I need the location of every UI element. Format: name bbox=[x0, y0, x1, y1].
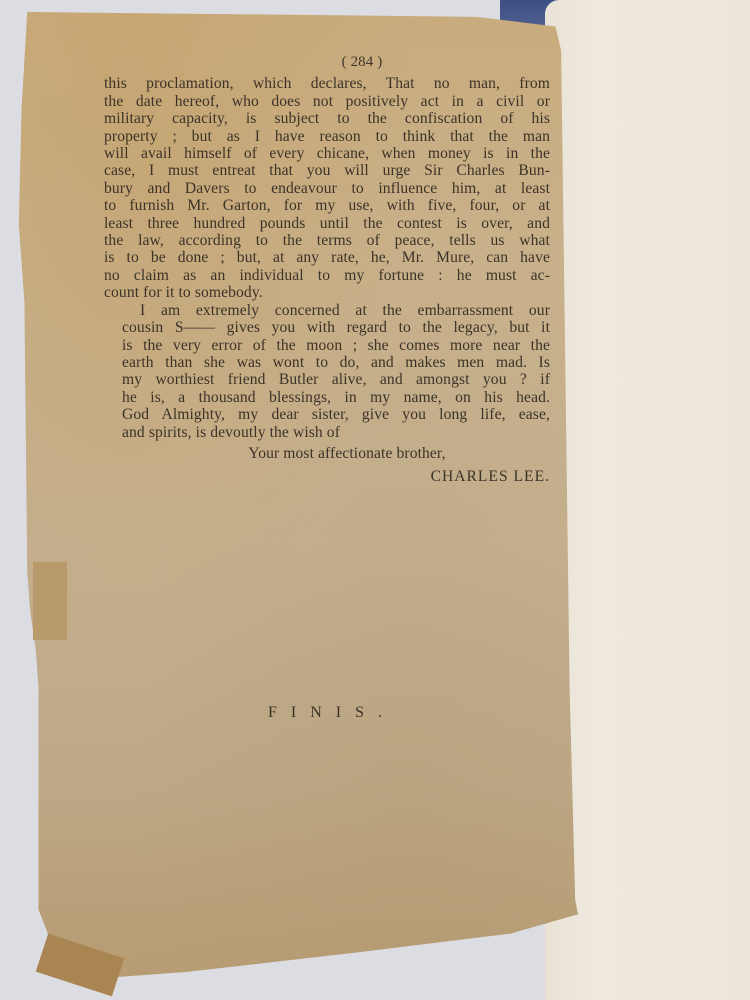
text-line: cousin S—— gives you with regard to the … bbox=[104, 319, 550, 336]
letter-signature: CHARLES LEE. bbox=[104, 468, 550, 485]
text-line: case, I must entreat that you will urge … bbox=[104, 162, 550, 179]
text-line: property ; but as I have reason to think… bbox=[104, 128, 550, 145]
text-line: military capacity, is subject to the con… bbox=[104, 110, 550, 127]
text-line: the law, according to the terms of peace… bbox=[104, 232, 550, 249]
text-line: to furnish Mr. Garton, for my use, with … bbox=[104, 197, 550, 214]
finis-heading: FINIS. bbox=[268, 704, 396, 722]
page-text-block: ( 284 ) this proclamation, which declare… bbox=[104, 54, 550, 486]
text-line: my worthiest friend Butler alive, and am… bbox=[104, 371, 550, 388]
text-line: I am extremely concerned at the embarras… bbox=[104, 302, 550, 319]
paragraph: I am extremely concerned at the embarras… bbox=[104, 302, 550, 441]
text-line: is the very error of the moon ; she come… bbox=[104, 337, 550, 354]
text-line: this proclamation, which declares, That … bbox=[104, 75, 550, 92]
facing-blank-page bbox=[545, 0, 750, 1000]
text-line: he is, a thousand blessings, in my name,… bbox=[104, 389, 550, 406]
text-line: God Almighty, my dear sister, give you l… bbox=[104, 406, 550, 423]
torn-paper-fragment bbox=[33, 562, 67, 640]
text-line: least three hundred pounds until the con… bbox=[104, 215, 550, 232]
text-line: will avail himself of every chicane, whe… bbox=[104, 145, 550, 162]
paragraph: this proclamation, which declares, That … bbox=[104, 75, 550, 301]
text-line: no claim as an individual to my fortune … bbox=[104, 267, 550, 284]
page-number: ( 284 ) bbox=[174, 54, 550, 71]
letter-body: this proclamation, which declares, That … bbox=[104, 75, 550, 441]
text-line: earth than she was wont to do, and makes… bbox=[104, 354, 550, 371]
text-line: and spirits, is devoutly the wish of bbox=[104, 424, 550, 441]
text-line: bury and Davers to endeavour to influenc… bbox=[104, 180, 550, 197]
text-line: is to be done ; but, at any rate, he, Mr… bbox=[104, 249, 550, 266]
text-line: count for it to somebody. bbox=[104, 284, 550, 301]
letter-closing: Your most affectionate brother, bbox=[104, 445, 550, 462]
text-line: the date hereof, who does not positively… bbox=[104, 93, 550, 110]
